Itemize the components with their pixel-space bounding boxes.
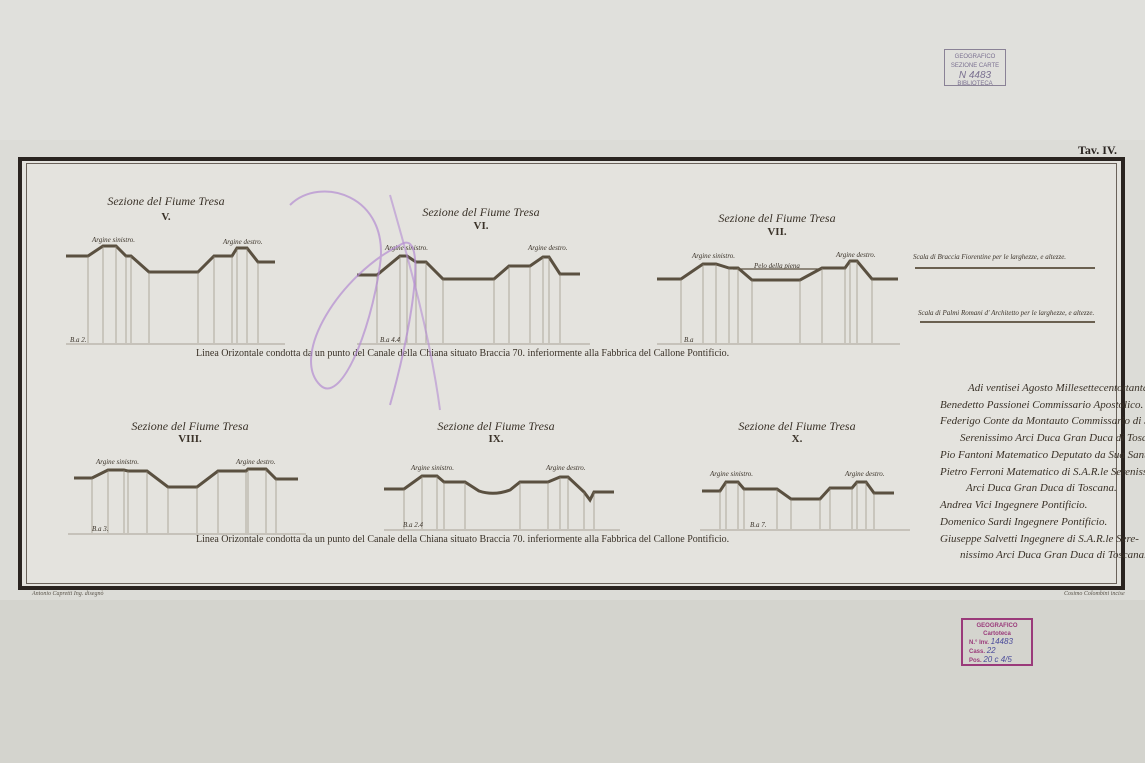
horizontal-line-caption-lower: Linea Orizontale condotta da un punto de… — [196, 534, 729, 545]
signature-line: Domenico Sardi Ingegnere Pontificio. — [940, 516, 1107, 528]
stamp-header: GEOGRAFICO — [969, 622, 1025, 630]
scale-label-palmi: Scala di Palmi Romani d' Architetto per … — [918, 309, 1094, 317]
stamp-cass-value: 22 — [987, 646, 996, 655]
stamp-pos-label: Pos. — [969, 658, 982, 664]
signature-line: Pietro Ferroni Matematico di S.A.R.le Se… — [940, 466, 1145, 478]
signature-line: Adi ventisei Agosto Millesettecentottant… — [968, 382, 1145, 394]
base-label: B.a 2.4 — [403, 521, 423, 529]
signature-line: Andrea Vici Ingegnere Pontificio. — [940, 499, 1087, 511]
section-v-profile — [66, 246, 285, 344]
section-x-profile — [700, 482, 910, 530]
signature-line: nissimo Arci Duca Gran Duca di Toscana. — [960, 549, 1145, 561]
base-label: B.a 3. — [92, 525, 109, 533]
horizontal-line-caption-upper: Linea Orizontale condotta da un punto de… — [196, 348, 729, 359]
igm-stamp: GEOGRAFICO Cartoteca N.° Inv. 14483 Cass… — [961, 618, 1033, 666]
signature-line: Pio Fantoni Matematico Deputato da Sua S… — [940, 449, 1145, 461]
signature-line: Arci Duca Gran Duca di Toscana. — [966, 482, 1117, 494]
section-vii-profile — [657, 261, 900, 344]
base-label: B.a — [684, 336, 694, 344]
signature-line: Benedetto Passionei Commissario Apostoli… — [940, 399, 1143, 411]
draughtsman-credit: Antonio Capretti Ing. disegnò — [32, 591, 103, 597]
base-label: B.a 7. — [750, 521, 767, 529]
base-label: B.a 2. — [70, 336, 87, 344]
scale-label-braccia: Scala di Braccia Fiorentine per le largh… — [913, 253, 1066, 261]
stamp-pos-value: 20 c 4/5 — [983, 655, 1011, 664]
purple-pencil-annotation — [280, 185, 460, 425]
engraver-credit: Cosimo Colombini incise — [1064, 591, 1125, 597]
signature-line: Serenissimo Arci Duca Gran Duca di Tosca… — [960, 432, 1145, 444]
signature-line: Giuseppe Salvetti Ingegnere di S.A.R.le … — [940, 533, 1139, 545]
signature-line: Federigo Conte da Montauto Commissario d… — [940, 415, 1145, 427]
stamp-inv-value: 14483 — [991, 637, 1013, 646]
